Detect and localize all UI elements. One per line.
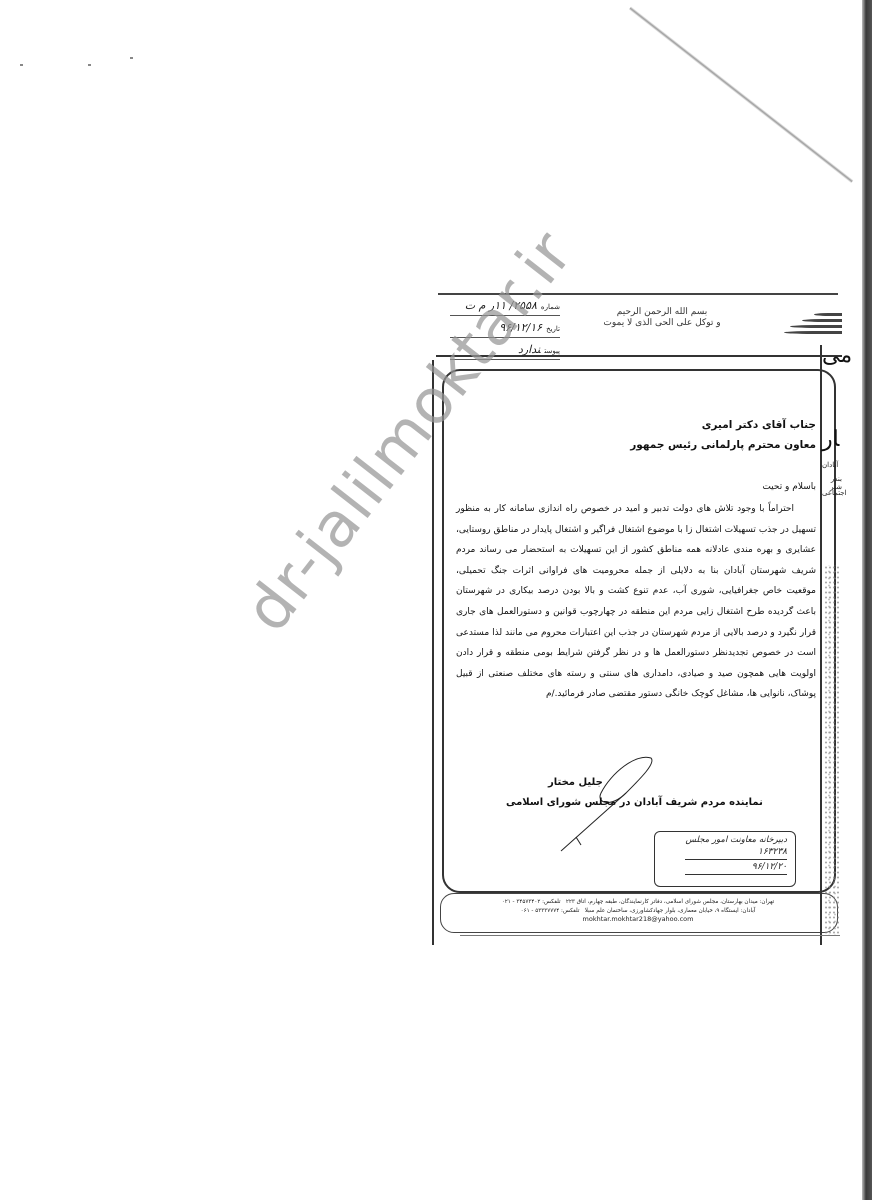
motto-text: و توکل علی الحی الذی لا یموت [602, 318, 722, 329]
stamp-date: ۹۶/۱۲/۲۰ [685, 860, 787, 875]
page-fold-line [629, 6, 854, 183]
page-edge-shadow [862, 0, 872, 1200]
signatory-name: جلیل مختار [548, 777, 603, 788]
bottom-rule [460, 935, 840, 936]
side-fragment-2: ﺎﺭ [822, 427, 839, 452]
stamp-title: دبیرخانه معاونت امور مجلس [655, 832, 795, 845]
addressee-name: جناب آقای دکتر امیری [630, 415, 816, 435]
scan-speck [130, 57, 133, 59]
letter-heading: بسم الله الرحمن الرحیم و توکل علی الحی ا… [602, 307, 722, 329]
scanned-letter: شماره۲۵۵۸/ ۱۱ر م ت تاریخ۹۶/۱۲/۱۶ پیوستند… [432, 285, 842, 945]
side-fragment-5: اجتماعی [822, 489, 847, 497]
side-fragment-3: آبادان [822, 461, 838, 469]
receipt-stamp: دبیرخانه معاونت امور مجلس ۱۶۳۲۳۸ ۹۶/۱۲/۲… [654, 831, 796, 887]
letter-body: احتراماً با وجود تلاش های دولت تدبیر و ا… [456, 499, 816, 705]
footer-address: تهران: میدان بهارستان، مجلس شورای اسلامی… [451, 898, 825, 924]
footer-email: mokhtar.mokhtar218@yahoo.com [451, 915, 825, 924]
signatory-title: نماینده مردم شریف آبادان در مجلس شورای ا… [506, 797, 763, 808]
scan-speck [20, 64, 23, 66]
addressee: جناب آقای دکتر امیری معاون محترم پارلمان… [630, 415, 816, 455]
addressee-position: معاون محترم پارلمانی رئیس جمهور [630, 435, 816, 455]
footer-frame: تهران: میدان بهارستان، مجلس شورای اسلامی… [440, 893, 838, 933]
bismillah-text: بسم الله الرحمن الرحیم [602, 307, 722, 318]
salutation: باسلام و تحیت [762, 482, 816, 492]
scan-noise [824, 565, 840, 935]
scan-speck [88, 64, 91, 66]
side-fragment-1: ﻣﯽ [822, 343, 852, 368]
parliament-logo-icon [782, 307, 842, 341]
stamp-number: ۱۶۳۲۳۸ [685, 845, 787, 860]
